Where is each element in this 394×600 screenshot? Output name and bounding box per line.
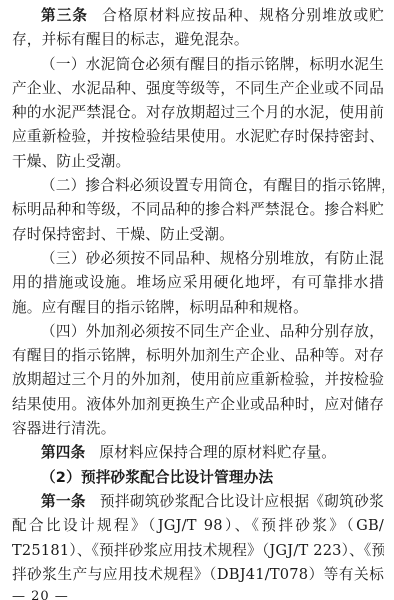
paragraph-text: 预拌砌筑砂浆配合比设计应根据《砌筑砂浆 xyxy=(100,493,384,510)
paragraph-text: 原材料应保持合理的原材料贮存量。 xyxy=(99,444,336,461)
paragraph-line: （一）水泥筒仓必须有醒目的指示铭牌，标明水泥生 xyxy=(12,53,384,77)
page-number: — 20 — xyxy=(12,587,384,600)
article-label: 第三条 xyxy=(41,7,88,24)
paragraph-line: 应重新检验，并按检验结果使用。水泥贮存时保持密封、 xyxy=(12,125,384,149)
document-page: 第三条合格原材料应按品种、规格分别堆放或贮 存，并标有醒目的标志，避免混杂。 （… xyxy=(12,4,384,600)
paragraph-line: 容器进行清洗。 xyxy=(12,417,384,441)
paragraph-text: 合格原材料应按品种、规格分别堆放或贮 xyxy=(102,7,384,24)
paragraph-line: 结果使用。液体外加剂更换生产企业或品种时，应对储存 xyxy=(12,393,384,417)
paragraph-line: （三）砂必须按不同品种、规格分别堆放，有防止混 xyxy=(12,247,384,271)
article-4-line: 第四条原材料应保持合理的原材料贮存量。 xyxy=(12,441,384,465)
paragraph-line: 标明品种和等级，不同品种的掺合料严禁混仓。掺合料贮 xyxy=(12,198,384,222)
paragraph-line: 存，并标有醒目的标志，避免混杂。 xyxy=(12,28,384,52)
paragraph-line: 种的水泥严禁混仓。对存放期超过三个月的水泥，使用前 xyxy=(12,101,384,125)
paragraph-line: 干燥、防止受潮。 xyxy=(12,150,384,174)
article-label: 第四条 xyxy=(41,444,85,461)
article-3-line-1: 第三条合格原材料应按品种、规格分别堆放或贮 xyxy=(12,4,384,28)
paragraph-line: 用的措施或设施。堆场应采用硬化地坪，有可靠排水措 xyxy=(12,271,384,295)
section-heading: （2）预拌砂浆配合比设计管理办法 xyxy=(12,466,384,490)
article-label: 第一条 xyxy=(41,493,86,510)
paragraph-line: （四）外加剂必须按不同生产企业、品种分别存放， xyxy=(12,320,384,344)
paragraph-line: 产企业、水泥品种、强度等级等，不同生产企业或不同品 xyxy=(12,77,384,101)
paragraph-line: 施。应有醒目的指示铭牌，标明品种和规格。 xyxy=(12,296,384,320)
paragraph-line: T25181）、《预拌砂浆应用技术规程》（JGJ/T 223）、《预 xyxy=(12,539,384,563)
paragraph-line: 配合比设计规程》（JGJ/T 98）、《预拌砂浆》（GB/ xyxy=(12,514,384,538)
paragraph-line: 存时保持密封、干燥、防止受潮。 xyxy=(12,223,384,247)
paragraph-line: 拌砂浆生产与应用技术规程》（DBJ41/T078）等有关标 xyxy=(12,563,384,587)
paragraph-line: 有醒目的指示铭牌，标明外加剂生产企业、品种等。对存 xyxy=(12,344,384,368)
article-1-line-1: 第一条预拌砌筑砂浆配合比设计应根据《砌筑砂浆 xyxy=(12,490,384,514)
paragraph-line: 放期超过三个月的外加剂，使用前应重新检验，并按检验 xyxy=(12,368,384,392)
paragraph-line: （二）掺合料必须设置专用筒仓，有醒目的指示铭牌， xyxy=(12,174,384,198)
